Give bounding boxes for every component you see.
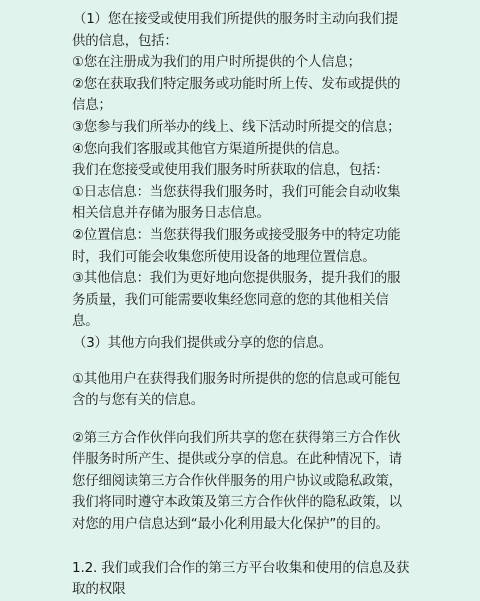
section-3-item-1: ①其他用户在获得我们服务时所提供的您的信息或可能包含的与您有关的信息。 xyxy=(72,369,410,412)
spacer xyxy=(72,536,410,558)
section-2-title: 我们在您接受或使用我们服务时所获取的信息，包括： xyxy=(72,160,410,182)
section-1-item-1: ①您在注册成为我们的用户时所提供的个人信息； xyxy=(72,52,410,74)
section-3-title: （3）其他方向我们提供或分享的您的信息。 xyxy=(72,333,410,355)
section-2-item-3: ③其他信息：我们为更好地向您提供服务，提升我们的服务质量，我们可能需要收集经您同… xyxy=(72,268,410,333)
spacer xyxy=(72,412,410,428)
privacy-policy-document: （1）您在接受或使用我们所提供的服务时主动向我们提供的信息，包括： ①您在注册成… xyxy=(72,9,410,589)
section-1-2-heading: 1.2. 我们或我们合作的第三方平台收集和使用的信息及获取的权限 xyxy=(72,558,410,589)
section-1-item-2: ②您在获取我们特定服务或功能时所上传、发布或提供的信息； xyxy=(72,74,410,117)
section-2-item-2: ②位置信息：当您获得我们服务或接受服务中的特定功能时，我们可能会收集您所使用设备… xyxy=(72,225,410,268)
section-1-item-3: ③您参与我们所举办的线上、线下活动时所提交的信息； xyxy=(72,117,410,139)
section-3-item-2: ②第三方合作伙伴向我们所共享的您在获得第三方合作伙伴服务时所产生、提供或分享的信… xyxy=(72,428,410,536)
section-2-item-1: ①日志信息：当您获得我们服务时，我们可能会自动收集相关信息并存储为服务日志信息。 xyxy=(72,182,410,225)
spacer xyxy=(72,355,410,369)
section-1-title: （1）您在接受或使用我们所提供的服务时主动向我们提供的信息，包括： xyxy=(72,9,410,52)
section-1-item-4: ④您向我们客服或其他官方渠道所提供的信息。 xyxy=(72,139,410,161)
